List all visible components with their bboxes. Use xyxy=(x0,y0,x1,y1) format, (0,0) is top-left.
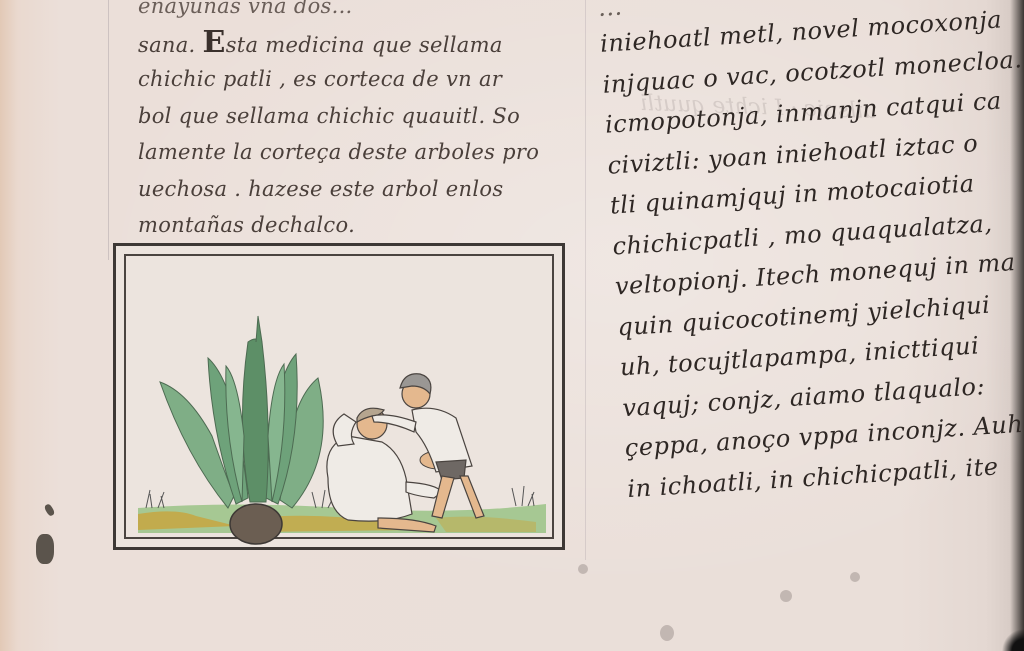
foxing-spot xyxy=(660,625,674,641)
text-line: sana. Esta medicina que sellama xyxy=(138,25,578,62)
foxing-spot xyxy=(780,590,792,602)
text-line: chichic patli , es corteca de vn ar xyxy=(138,61,578,98)
text-line: montañas dechalco. xyxy=(138,207,578,244)
illustration-painting xyxy=(116,246,562,547)
ink-blot xyxy=(36,534,54,564)
agave-plant xyxy=(160,316,323,508)
manuscript-page: uelilxiti vuvitio 127 lla edsonecacentil… xyxy=(0,0,1024,651)
text-line: enayunas vna dos... xyxy=(138,0,578,25)
foxing-spot xyxy=(578,564,588,574)
text-line: bol que sellama chichic quauitl. So xyxy=(138,98,578,135)
text-fragment: sana. xyxy=(138,33,196,57)
nahuatl-text-column: ... iniehoatl metl, novel mocoxonja injq… xyxy=(598,0,1024,509)
spanish-text-column: enayunas vna dos... sana. Esta medicina … xyxy=(138,0,578,244)
agave-root xyxy=(230,504,282,544)
ink-blot xyxy=(43,503,55,517)
illustration-frame xyxy=(113,243,565,550)
margin-ruling-right xyxy=(585,0,586,560)
text-fragment: sta medicina que sellama xyxy=(226,33,503,57)
page-corner-shadow xyxy=(994,611,1024,651)
foxing-spot xyxy=(850,572,860,582)
initial-capital: E xyxy=(203,25,226,60)
text-line: lamente la corteça deste arboles pro xyxy=(138,134,578,171)
margin-ruling-left xyxy=(108,0,109,260)
text-line: uechosa . hazese este arbol enlos xyxy=(138,171,578,208)
